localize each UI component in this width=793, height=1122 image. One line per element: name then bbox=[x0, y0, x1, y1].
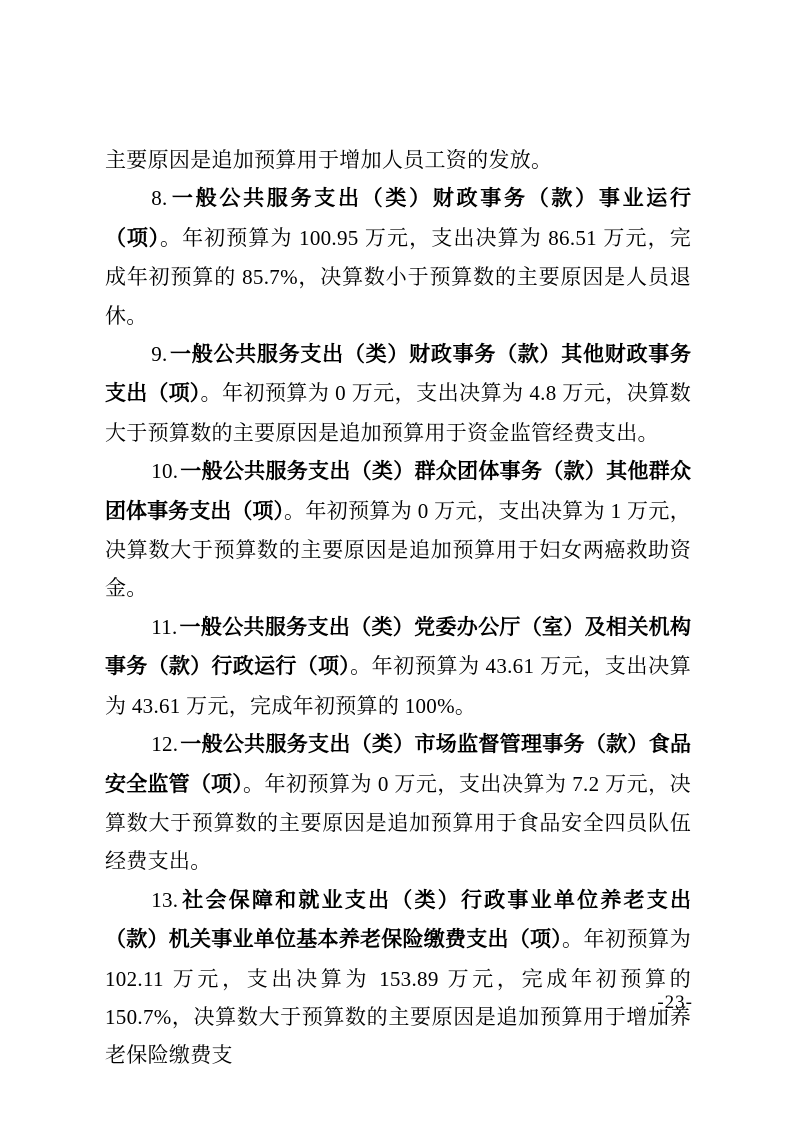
item-number: 13. bbox=[151, 888, 180, 912]
page-number: -23- bbox=[657, 992, 693, 1014]
document-text-block: 主要原因是追加预算用于增加人员工资的发放。 8.一般公共服务支出（类）财政事务（… bbox=[105, 141, 691, 1075]
paragraph-continuation: 主要原因是追加预算用于增加人员工资的发放。 bbox=[105, 141, 691, 179]
budget-item-13: 13.社会保障和就业支出（类）行政事业单位养老支出（款）机关事业单位基本养老保险… bbox=[105, 881, 691, 1075]
item-number: 12. bbox=[151, 732, 180, 756]
budget-item-12: 12.一般公共服务支出（类）市场监督管理事务（款）食品安全监管（项）。年初预算为… bbox=[105, 725, 691, 881]
item-body: 。年初预算为 100.95 万元，支出决算为 86.51 万元，完成年初预算的 … bbox=[105, 226, 691, 328]
document-page: 主要原因是追加预算用于增加人员工资的发放。 8.一般公共服务支出（类）财政事务（… bbox=[0, 0, 793, 1122]
item-number: 11. bbox=[151, 615, 179, 639]
budget-item-10: 10.一般公共服务支出（类）群众团体事务（款）其他群众团体事务支出（项）。年初预… bbox=[105, 452, 691, 608]
item-number: 9. bbox=[151, 342, 169, 366]
budget-item-9: 9.一般公共服务支出（类）财政事务（款）其他财政事务支出（项）。年初预算为 0 … bbox=[105, 335, 691, 452]
budget-item-11: 11.一般公共服务支出（类）党委办公厅（室）及相关机构事务（款）行政运行（项）。… bbox=[105, 608, 691, 725]
item-number: 10. bbox=[151, 459, 180, 483]
budget-item-8: 8.一般公共服务支出（类）财政事务（款）事业运行（项）。年初预算为 100.95… bbox=[105, 179, 691, 335]
continuation-text: 主要原因是追加预算用于增加人员工资的发放。 bbox=[105, 148, 552, 172]
item-number: 8. bbox=[151, 186, 169, 210]
